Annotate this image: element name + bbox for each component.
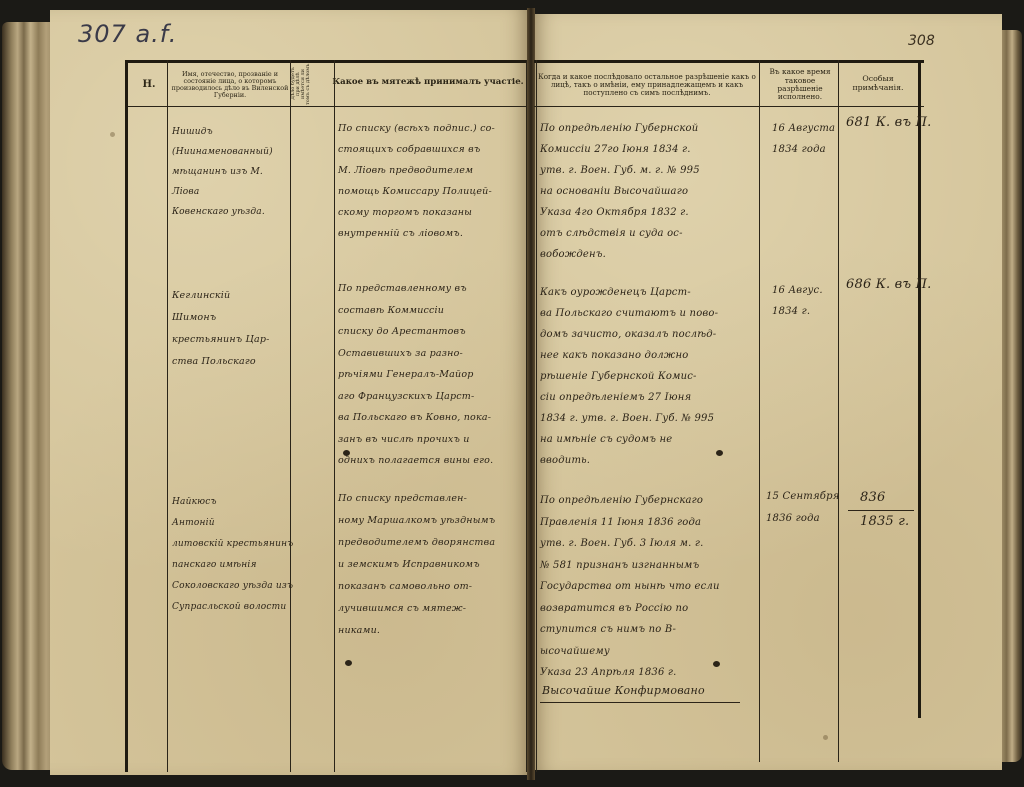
column-rule-n [167, 60, 168, 772]
row3-role: По списку представлен- ному Маршалкомъ у… [338, 488, 528, 642]
paper-hole [343, 450, 350, 456]
row2-name: Кеглинскій Шимонъ крестьянинъ Цар- ства … [172, 285, 292, 373]
row1-resolution: По опредѣленію Губернской Комиссіи 27го … [540, 118, 762, 265]
column-rule-outer-left [125, 60, 128, 772]
column-rule-vertical [334, 60, 335, 772]
row2-execution-date: 16 Авгус. 1834 г. [772, 280, 842, 322]
header-special-notes: Особыя примѣчанія. [840, 66, 916, 102]
row3-resolution: По опредѣленію Губернскаго Правленія 11 … [540, 490, 762, 684]
table-top-rule-left [128, 60, 526, 63]
row3-confirmation: Высочайше Конфирмовано [542, 680, 762, 702]
row2-role: По представленному въ составѣ Коммиссіи … [338, 278, 528, 472]
ink-spot [823, 735, 828, 740]
folio-number-right: 308 [908, 33, 935, 49]
header-number: Н. [134, 70, 164, 100]
paper-hole [716, 450, 723, 456]
open-ledger-book: 307 a.f. 308 Н. Имя, отечество, прозвані… [0, 0, 1024, 787]
left-page-edges [2, 22, 54, 770]
row1-name: Нишидъ (Ниинаменованный) мѣщанинъ изъ М.… [172, 122, 292, 222]
row3-name: Найкюсъ Антоній литовскій крестьянинъ па… [172, 492, 294, 618]
right-page-edges [1000, 30, 1022, 762]
row1-notes: 681 К. въ П. [846, 112, 996, 134]
header-execution-date: Въ какое время таковое разрѣшеніе исполн… [762, 64, 838, 106]
column-rule-followed-left [536, 60, 537, 772]
column-rule-when [838, 60, 839, 762]
header-case-file: Дѣло будетъ при дѣлѣ имѣется ли томъ съ … [290, 62, 312, 106]
ink-spot [110, 132, 115, 137]
row1-execution-date: 16 Августа 1834 года [772, 118, 842, 160]
column-rule-outer-right [918, 60, 921, 718]
table-top-rule-right [534, 60, 924, 63]
row1-role: По списку (всѣхъ подпис.) со- стоящихъ с… [338, 118, 528, 244]
row3-confirmation-underline [540, 702, 740, 703]
folio-number-left: 307 a.f. [78, 20, 177, 48]
paper-hole [345, 660, 352, 666]
header-role-in-rebellion: Какое въ мятежѣ принималъ участіе. [330, 70, 526, 96]
header-bottom-rule-right [534, 106, 924, 107]
row3-notes-divider [848, 510, 914, 511]
book-gutter [527, 8, 535, 780]
header-bottom-rule-left [128, 106, 526, 107]
row3-execution-date: 15 Сентября 1836 года [766, 486, 840, 530]
row2-resolution: Какъ оурожденецъ Царст- ва Польскаго счи… [540, 282, 762, 471]
header-name: Имя, отечество, прозваніе и состояніе ли… [170, 64, 290, 106]
paper-hole [713, 661, 720, 667]
row2-notes: 686 К. въ П. [846, 274, 996, 296]
header-resolution: Когда и какое послѣдовало остальное разр… [534, 64, 760, 106]
